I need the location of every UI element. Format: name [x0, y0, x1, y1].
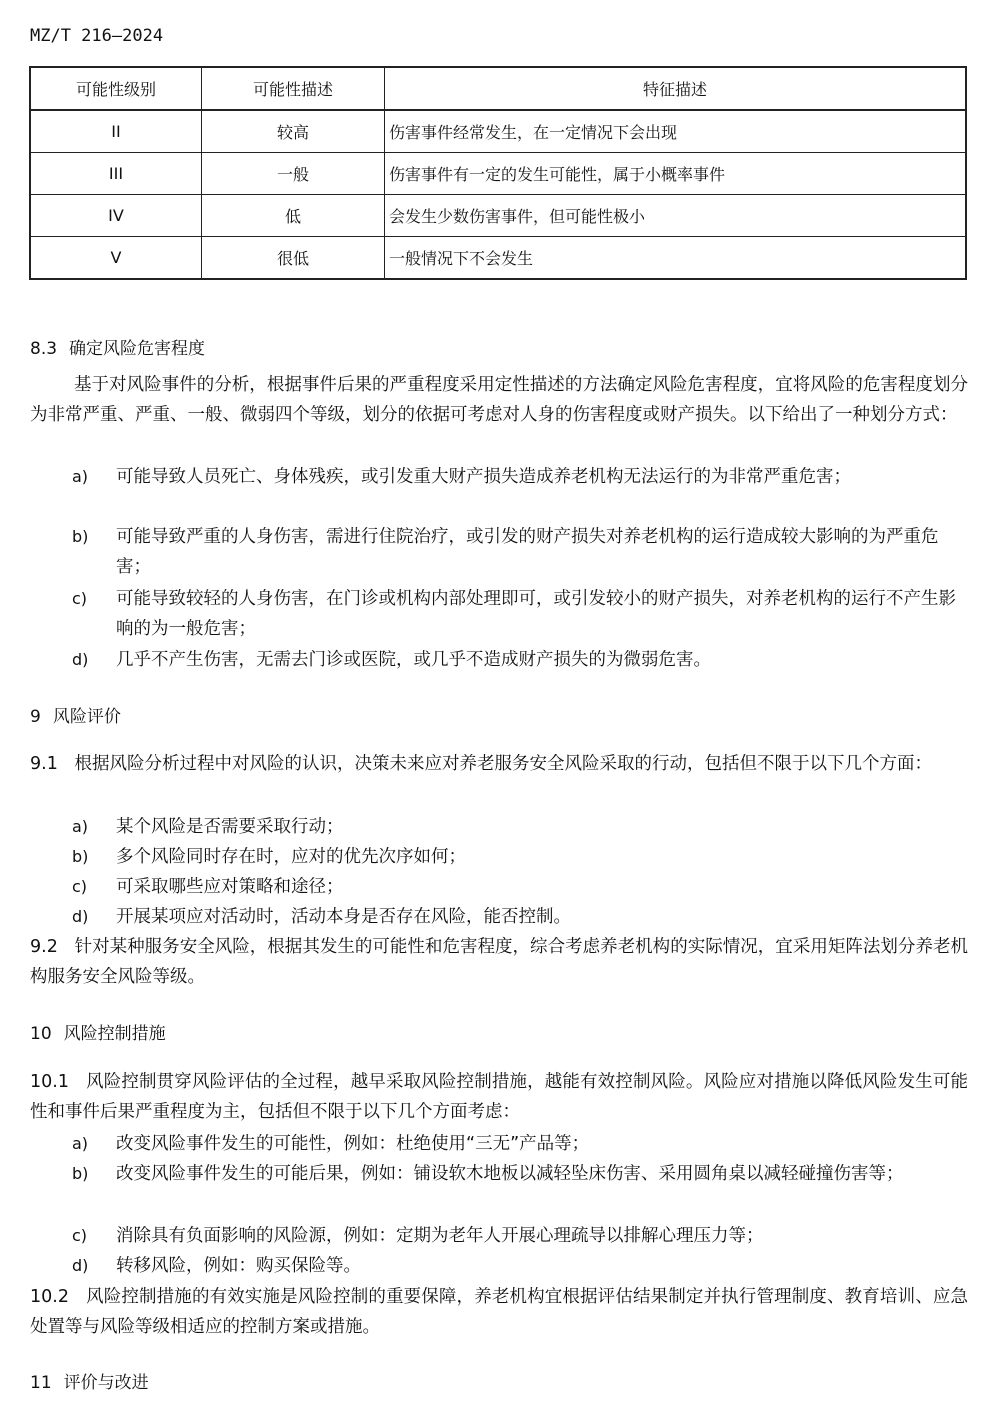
feature-cell: 伤害事件经常发生，在一定情况下会出现 — [385, 110, 967, 153]
table-row: IV 低 会发生少数伤害事件，但可能性极小 — [30, 195, 966, 237]
clause-number: 10.2 — [30, 1287, 69, 1307]
clause-number: 9.1 — [30, 754, 58, 774]
paragraph-10-2: 10.2 风险控制措施的有效实施是风险控制的重要保障，养老机构宜根据评估结果制定… — [30, 1282, 968, 1342]
list-label: a) — [72, 1129, 88, 1159]
likelihood-cell: 较高 — [202, 110, 385, 153]
list-item: d) 几乎不产生伤害，无需去门诊或医院，或几乎不造成财产损失的为微弱危害。 — [72, 645, 968, 675]
list-label: a) — [72, 462, 88, 492]
column-header: 特征描述 — [385, 67, 967, 110]
list-item: a) 某个风险是否需要采取行动； — [72, 812, 968, 842]
list-label: b) — [72, 1159, 88, 1189]
section-number: 11 — [30, 1373, 52, 1393]
list-text: 消除具有负面影响的风险源，例如：定期为老年人开展心理疏导以排解心理压力等； — [116, 1221, 968, 1251]
list-item: d) 开展某项应对活动时，活动本身是否存在风险，能否控制。 — [72, 902, 968, 932]
section-number: 10 — [30, 1024, 52, 1044]
column-header: 可能性描述 — [202, 67, 385, 110]
list-label: d) — [72, 902, 88, 932]
feature-cell: 伤害事件有一定的发生可能性，属于小概率事件 — [385, 153, 967, 195]
list-text: 可能导致较轻的人身伤害，在门诊或机构内部处理即可，或引发较小的财产损失，对养老机… — [116, 584, 968, 644]
list-item: c) 消除具有负面影响的风险源，例如：定期为老年人开展心理疏导以排解心理压力等； — [72, 1221, 968, 1251]
clause-text: 风险控制贯穿风险评估的全过程，越早采取风险控制措施，越能有效控制风险。风险应对措… — [30, 1072, 968, 1122]
table-row: V 很低 一般情况下不会发生 — [30, 237, 966, 280]
standard-number: MZ/T 216—2024 — [30, 26, 163, 46]
paragraph-9-2: 9.2 针对某种服务安全风险，根据其发生的可能性和危害程度，综合考虑养老机构的实… — [30, 932, 968, 992]
list-text: 开展某项应对活动时，活动本身是否存在风险，能否控制。 — [116, 902, 968, 932]
table-header-row: 可能性级别 可能性描述 特征描述 — [30, 67, 966, 110]
likelihood-cell: 一般 — [202, 153, 385, 195]
list-text: 可采取哪些应对策略和途径； — [116, 872, 968, 902]
level-cell: IV — [30, 195, 202, 237]
section-heading-11: 11评价与改进 — [30, 1368, 149, 1393]
likelihood-table: 可能性级别 可能性描述 特征描述 II 较高 伤害事件经常发生，在一定情况下会出… — [29, 66, 967, 280]
list-item: a) 改变风险事件发生的可能性，例如：杜绝使用“三无”产品等； — [72, 1129, 968, 1159]
list-text: 可能导致人员死亡、身体残疾，或引发重大财产损失造成养老机构无法运行的为非常严重危… — [116, 462, 968, 492]
clause-number: 9.2 — [30, 937, 58, 957]
section-number: 8.3 — [30, 339, 57, 359]
section-title: 评价与改进 — [64, 1373, 149, 1393]
clause-text: 根据风险分析过程中对风险的认识，决策未来应对养老服务安全风险采取的行动，包括但不… — [75, 754, 933, 774]
section-number: 9 — [30, 707, 41, 727]
paragraph-10-1: 10.1 风险控制贯穿风险评估的全过程，越早采取风险控制措施，越能有效控制风险。… — [30, 1067, 968, 1127]
list-item: c) 可能导致较轻的人身伤害，在门诊或机构内部处理即可，或引发较小的财产损失，对… — [72, 584, 968, 644]
list-item: b) 可能导致严重的人身伤害，需进行住院治疗，或引发的财产损失对养老机构的运行造… — [72, 522, 968, 582]
feature-cell: 会发生少数伤害事件，但可能性极小 — [385, 195, 967, 237]
list-item: b) 多个风险同时存在时，应对的优先次序如何； — [72, 842, 968, 872]
section-heading-8-3: 8.3确定风险危害程度 — [30, 334, 205, 359]
list-text: 转移风险，例如：购买保险等。 — [116, 1251, 968, 1281]
list-text: 多个风险同时存在时，应对的优先次序如何； — [116, 842, 968, 872]
section-heading-9: 9风险评价 — [30, 702, 121, 727]
table-row: II 较高 伤害事件经常发生，在一定情况下会出现 — [30, 110, 966, 153]
list-label: b) — [72, 522, 88, 552]
likelihood-cell: 很低 — [202, 237, 385, 280]
list-text: 改变风险事件发生的可能后果，例如：铺设软木地板以减轻坠床伤害、采用圆角桌以减轻碰… — [116, 1159, 968, 1189]
paragraph: 基于对风险事件的分析，根据事件后果的严重程度采用定性描述的方法确定风险危害程度，… — [30, 370, 968, 430]
table-row: III 一般 伤害事件有一定的发生可能性，属于小概率事件 — [30, 153, 966, 195]
list-text: 几乎不产生伤害，无需去门诊或医院，或几乎不造成财产损失的为微弱危害。 — [116, 645, 968, 675]
section-title: 确定风险危害程度 — [69, 339, 205, 359]
list-label: a) — [72, 812, 88, 842]
list-label: d) — [72, 645, 88, 675]
level-cell: V — [30, 237, 202, 280]
section-title: 风险评价 — [53, 707, 121, 727]
list-label: c) — [72, 584, 87, 614]
list-text: 改变风险事件发生的可能性，例如：杜绝使用“三无”产品等； — [116, 1129, 968, 1159]
list-text: 可能导致严重的人身伤害，需进行住院治疗，或引发的财产损失对养老机构的运行造成较大… — [116, 522, 968, 582]
list-item: b) 改变风险事件发生的可能后果，例如：铺设软木地板以减轻坠床伤害、采用圆角桌以… — [72, 1159, 968, 1189]
section-heading-10: 10风险控制措施 — [30, 1019, 166, 1044]
list-text: 某个风险是否需要采取行动； — [116, 812, 968, 842]
feature-cell: 一般情况下不会发生 — [385, 237, 967, 280]
section-title: 风险控制措施 — [64, 1024, 166, 1044]
list-item: a) 可能导致人员死亡、身体残疾，或引发重大财产损失造成养老机构无法运行的为非常… — [72, 462, 968, 492]
list-item: d) 转移风险，例如：购买保险等。 — [72, 1251, 968, 1281]
list-label: d) — [72, 1251, 88, 1281]
paragraph-9-1: 9.1 根据风险分析过程中对风险的认识，决策未来应对养老服务安全风险采取的行动，… — [30, 749, 968, 779]
clause-number: 10.1 — [30, 1072, 69, 1092]
level-cell: III — [30, 153, 202, 195]
level-cell: II — [30, 110, 202, 153]
list-label: b) — [72, 842, 88, 872]
clause-text: 风险控制措施的有效实施是风险控制的重要保障，养老机构宜根据评估结果制定并执行管理… — [30, 1287, 968, 1337]
likelihood-cell: 低 — [202, 195, 385, 237]
list-label: c) — [72, 1221, 87, 1251]
clause-text: 针对某种服务安全风险，根据其发生的可能性和危害程度，综合考虑养老机构的实际情况，… — [30, 937, 968, 987]
list-item: c) 可采取哪些应对策略和途径； — [72, 872, 968, 902]
list-label: c) — [72, 872, 87, 902]
column-header: 可能性级别 — [30, 67, 202, 110]
